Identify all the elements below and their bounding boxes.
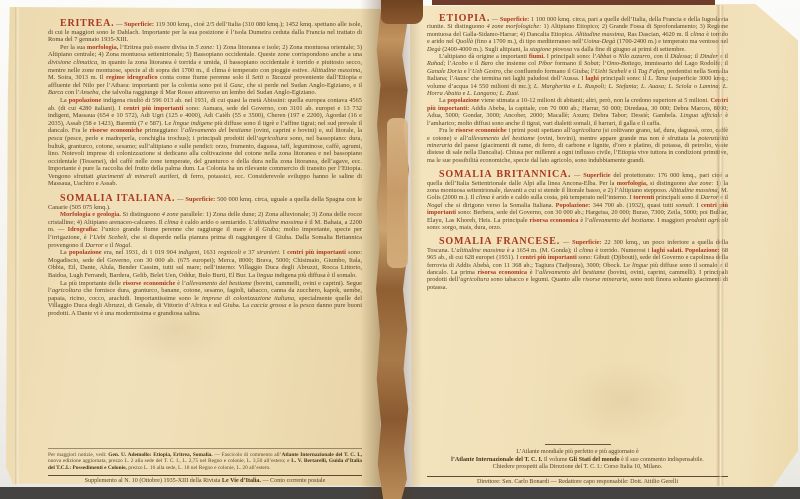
text-segment: sono: sorgo, mais, dura, orzo. [427,224,501,231]
text-segment: e l’ [462,68,472,75]
section-heading: SOMALIA FRANCESE. [439,236,560,247]
text-segment: morfologia, [617,180,648,187]
text-segment: è l’ [578,217,589,224]
text-segment: che si perde nel Sudan Anglo-Egiziano, e… [245,82,362,89]
text-segment: (ovini, bovini), mentre appare grande ma… [535,135,699,142]
cover-edge-strip [432,0,715,5]
text-segment: che confluendo formano il Giuba; l’ [503,68,595,75]
text-segment: Superficie: [185,196,215,203]
text-segment: allevamento del bestiame [539,269,605,276]
text-segment: prezzo L. 16 alla sede, L. 18 nel Regno … [127,465,271,471]
text-segment: Ueb Gestro, [472,68,503,75]
text-segment: L’altipiano dà origine a importanti [439,53,529,60]
right-page: ETIOPIA. — Superficie: 1 100 000 kmq. ci… [410,4,798,487]
text-segment: risorsa economica [478,269,528,276]
text-segment: Popolazione: [556,202,591,209]
text-segment: — [571,172,583,179]
text-segment: popolazione [447,97,479,104]
section-heading: SOMALIA ITALIANA. [60,193,175,204]
text-segment: agricoltura [460,276,489,283]
text-segment: — [175,196,185,203]
section-somalia-italiana: SOMALIA ITALIANA. — Superficie: 500 000 … [48,195,362,318]
text-segment: 4 zone morfologiche: [487,23,542,30]
text-segment: Morfologia e geologia. [60,211,121,218]
text-segment: è caldo arido o semiarido. L’ [179,219,255,226]
text-segment: Dinder [700,53,718,60]
paragraph: ETIOPIA. — Superficie: 1 100 000 kmq. ci… [427,15,728,53]
text-segment: Tacazzè [271,74,291,81]
text-segment: allevamento del bestiame [186,280,252,287]
text-segment: torrenti [633,194,654,201]
text-segment: e il [468,60,481,67]
text-segment: Baro [481,60,493,67]
text-segment: 344 700 ab. (1932), quasi tutti [590,202,675,209]
text-segment: l’Atlante Internazionale del T. C. I. [451,457,542,463]
text-segment: agricoltura [52,287,81,294]
text-segment: clima [164,219,178,226]
text-segment: Darror [85,242,103,249]
text-segment: laghi salati. [652,247,683,254]
text-segment: altitudine massima [457,247,505,254]
text-segment: e il [104,242,115,249]
text-segment: è l’ [527,269,539,276]
paragraph: SOMALIA ITALIANA. — Superficie: 500 000 … [48,195,362,211]
text-segment: somali. [676,202,694,209]
left-page-text-column: ERITREA. — Superficie: 119 300 kmq., cio… [48,20,362,484]
text-segment: l’Eritrea può essere divisa in [118,44,195,51]
section-somalia-francese: SOMALIA FRANCESE. — Superficie: 22 300 k… [427,238,728,291]
text-segment: 5 zone: [196,44,215,51]
text-segment: clima [690,31,704,38]
text-segment: allevamento del bestiame [185,127,251,134]
paragraph: L’altipiano dà origine a importanti fium… [427,53,728,97]
text-segment: e il [627,68,638,75]
text-segment: Gli Stati del mondo [569,457,620,463]
text-segment: Altitudine massima, [669,187,719,194]
text-segment: immissario del Lago Rodolfo; il [642,60,728,67]
text-segment: Tug Fafan, [638,68,666,75]
scanned-book-spread: ERITREA. — Superficie: 119 300 kmq., cio… [0,0,800,499]
text-segment: del paese (giacimenti di rame, di ferro,… [427,142,728,164]
text-segment: 1631 [201,249,218,256]
left-page-footnote: Per maggiori notizie, vedi: Gen. U. Adem… [48,448,362,471]
text-segment: risorse economiche [455,127,506,134]
atlas-promo-line: Chiedere prospetti alla Direzione del T.… [427,464,728,472]
text-segment: regnicoli [218,249,241,256]
text-segment: (pesce, perle e madreperla, conchiglia t… [63,135,259,142]
text-segment: Le Vie d’Italia. [222,478,261,484]
paragraph: Per la sua morfologia, l’Eritrea può ess… [48,44,362,97]
text-segment: L. Tana [648,75,668,82]
text-segment: Direttore: Sen. Carlo Bonardi — Redattor… [477,479,678,485]
text-segment: caccia grossa [251,302,286,309]
text-segment: Quollà [456,38,474,45]
text-segment: Ganale Doria [427,68,462,75]
text-segment: centri più importanti [520,254,577,261]
text-segment: Auasc [454,75,469,82]
text-segment: (1700-2400 m.) e temperato ma ventoso ne… [615,38,728,45]
text-segment: Omo-Bottego, [607,60,643,67]
text-segment: è torrido. Numerosi i [593,247,651,254]
atlas-promo-block: L’Atlante mondiale più perfetto e più ag… [427,444,728,472]
text-segment: Ras Dascian, 4620 m. Il [626,31,691,38]
text-segment: i primi posti spettano all’ [507,127,573,134]
text-segment: Acobo [452,60,468,67]
text-segment: sono tabacco e legumi. Quanto alle [489,276,583,283]
left-footer-rule [48,475,362,476]
text-segment: Nilo azzurro, [618,53,651,60]
section-eritrea: ERITREA. — Superficie: 119 300 kmq., cio… [48,20,362,188]
text-segment: Sobat; [584,60,600,67]
text-segment: stagione piovosa [530,46,573,53]
spine-tape-patch [387,118,408,268]
text-segment: Setit [252,74,263,81]
text-segment: L. Langano; L. Zuai. [467,90,520,97]
atlas-promo-line: l’Atlante Internazionale del T. C. I. Il… [427,457,728,465]
text-segment: laghi [586,75,599,82]
text-segment: primeggiano: l’ [142,127,185,134]
text-segment: centri più importanti [287,249,346,256]
text-segment: e il [718,53,728,60]
text-segment: Uebi Scebeli [595,68,627,75]
text-segment: popolazione [69,97,102,104]
text-segment: morfologia, [87,44,118,51]
atlas-promo-lines: L’Atlante mondiale più perfetto e più ag… [427,449,728,472]
text-segment: due zone: [689,180,714,187]
text-segment: agricoltura [572,127,601,134]
text-segment: Giuba; [262,226,280,233]
text-segment: Si distinguono [121,211,162,218]
text-segment: viene stimata a 10-12 milioni di abitant… [480,97,711,104]
text-segment: I principali sono: l’ [545,53,596,60]
text-segment: è arido e caldo sulla costa, più tempera… [490,194,633,201]
text-segment: Lingua ufficiale [680,112,722,119]
text-segment: risorse economiche [123,280,175,287]
text-segment: che insieme col [493,60,538,67]
paragraph: Morfologia e geologia. Si distinguono 4 … [48,211,362,249]
paragraph: SOMALIA FRANCESE. — Superficie: 22 300 k… [427,238,728,291]
text-segment: pesca [48,135,63,142]
text-segment: Altitudine massima, [311,67,362,74]
paragraph: SOMALIA BRITANNICA. — Superficie del pro… [427,171,728,231]
text-segment: indigeni, [178,249,201,256]
text-segment: Abbai [596,53,611,60]
text-segment: La [60,249,69,256]
text-segment: lingua [257,272,273,279]
paragraph: La popolazione indigena risultò di 596 0… [48,97,362,188]
text-segment: che si dirigono verso la Somalia Italian… [442,202,555,209]
section-heading: ERITREA. [60,18,114,29]
right-footer-rule [427,476,728,477]
text-segment: è a 1654 m. (M. Gonda); il [505,247,580,254]
text-segment: Popolazione: [685,247,720,254]
text-segment: Fra le [439,127,455,134]
text-segment: risorsa economica [530,217,579,224]
text-segment: Anseba, [80,89,100,96]
text-segment: Superficie: [500,16,529,23]
text-segment: è l’ [175,280,186,287]
text-segment: il [693,53,700,60]
right-page-footer: Direttore: Sen. Carlo Bonardi — Redattor… [427,479,728,485]
text-segment: che talvolta raggiunge il Mar Rosso attr… [100,89,316,96]
text-segment: con l’ [63,89,79,96]
text-segment: Gen. U. Ademollo: Etiopia, Eritrea, Soma… [108,452,212,458]
text-segment: Didessa; [670,53,692,60]
text-segment: pesca [300,302,315,309]
text-segment: altitudine massima [254,219,303,226]
text-segment: va dalla fine di giugno ai primi di sett… [572,46,686,53]
text-segment: indigena più diffusa è il somalo. [273,272,357,279]
left-page-footer: Supplemento al N. 10 (Ottobre) 1935-XIII… [48,478,362,484]
text-segment: l’unico grande fiume perenne che raggiun… [98,226,262,233]
text-segment: M. Soira, 3013 m. Il [48,74,106,81]
text-segment: L’Atlante mondiale più perfetto e più ag… [516,449,638,455]
text-segment: si distinguono [648,180,689,187]
text-segment: Superficie: [124,21,154,28]
text-segment: — [560,239,572,246]
text-segment: (2400-4000 m.). Sugli altipiani, la [441,46,530,53]
text-segment: e la [286,302,299,309]
text-segment: stranieri. [257,249,281,256]
promo-separator-rule [545,444,611,445]
text-segment: Degà [427,46,441,53]
text-segment: regime idrografico [106,74,158,81]
text-segment: giacimenti di minerali [97,173,157,180]
text-segment: conta come fiume perenne solo il [158,74,252,81]
text-segment: I maggiori [655,217,686,224]
section-heading: SOMALIA BRITANNICA. [439,169,571,180]
spine-tape-top-piece [381,0,423,24]
right-page-sections: ETIOPIA. — Superficie: 1 100 000 kmq. ci… [427,15,728,298]
text-segment: è il suo commento indispensabile. [620,457,704,463]
text-segment: Idrografia: [68,226,98,233]
left-page-sections: ERITREA. — Superficie: 119 300 kmq., cio… [48,20,362,325]
text-segment: Chiedere prospetti alla Direzione del T.… [493,464,663,470]
text-segment: Atlante Internazionale del T. C. I., [281,452,362,458]
text-segment: Superficie [583,172,610,179]
paragraph: Fra le risorse economiche i primi posti … [427,127,728,164]
text-segment: — [114,21,124,28]
text-segment: — Conto corrente postale [261,478,325,484]
text-segment: e [570,83,577,90]
text-segment: Rahad; [427,60,446,67]
text-segment: allevamento del bestiame [468,135,534,142]
text-segment: Gasc, [230,82,245,89]
text-segment: risorse economiche [90,127,143,134]
text-segment: Per la sua [60,44,87,51]
text-segment: e il [718,194,728,201]
section-heading: ETIOPIA. [439,13,490,24]
text-segment: L. Margherita [534,83,570,90]
text-segment: clima [476,194,490,201]
paragraph: La più importante delle risorse economic… [48,280,362,318]
text-segment: (ovini, caprini e bovini) e, sul litoral… [251,127,362,134]
text-segment: Nogal. [115,242,132,249]
paragraph: La popolazione viene stimata a 10-12 mil… [427,97,728,127]
text-segment: 4 zone [162,211,179,218]
text-segment: Barca [48,89,63,96]
text-segment: fiumi. [529,53,545,60]
paragraph: ERITREA. — Superficie: 119 300 kmq., cio… [48,20,362,44]
text-segment: Darror [700,194,718,201]
text-segment: Nogal [427,202,442,209]
section-somalia-britannica: SOMALIA BRITANNICA. — Superficie del pro… [427,171,728,231]
text-segment: nuova edizione aggiornata, prezzo L. 2 a… [48,458,291,464]
text-segment: prodotti agricoli [686,217,728,224]
text-segment: risorse minerarie, [583,276,629,283]
text-segment: era, nel 1931, di 1 019 904 [102,249,179,256]
text-segment: — Fascicolo di commento all’ [213,452,282,458]
text-segment: principali sono il [654,194,700,201]
text-segment: I [694,202,701,209]
paragraph: La popolazione era, nel 1931, di 1 019 9… [48,249,362,279]
text-segment: Il volume [542,457,569,463]
atlas-promo-line: L’Atlante mondiale più perfetto e più ag… [427,449,728,457]
text-segment: Supplemento al N. 10 (Ottobre) 1935-XIII… [85,478,222,484]
text-segment: (fino a 1700 m.), di tipo mediterraneo n… [473,38,584,45]
text-segment: che termina nei laghi paludosi dell’Auss… [469,75,586,82]
text-segment: L. Ruspoli; L. Stefania; L. Auasa; L. Sc… [578,83,692,90]
text-segment: e 37 [241,249,257,256]
text-segment: La più importante delle [60,280,123,287]
text-segment: lingue [632,262,648,269]
left-page: ERITREA. — Superficie: 119 300 kmq., cio… [6,7,380,486]
text-segment: Uoina-Degà [584,38,615,45]
text-segment: Altitudine massima, [575,31,625,38]
text-segment: Uebi Scebeli, [93,234,128,241]
text-segment: clima [579,247,593,254]
text-segment: imprese di colonizzazione italiana, [202,295,296,302]
text-segment: popolazione [69,249,102,256]
section-etiopia: ETIOPIA. — Superficie: 1 100 000 kmq. ci… [427,15,728,164]
text-segment: — [490,16,500,23]
right-page-text-column: ETIOPIA. — Superficie: 1 100 000 kmq. ci… [427,15,728,485]
text-segment: principali sono: il [599,75,648,82]
text-segment: centri più importanti [123,105,183,112]
text-segment: allevamento del bestiame. [589,217,655,224]
text-segment: formano il [553,60,585,67]
text-segment: agricoltura [258,135,287,142]
text-segment: con il [652,53,670,60]
text-segment: Per maggiori notizie, vedi: [48,452,108,458]
text-segment: Pibor [538,60,552,67]
text-segment: Superficie: [572,239,601,246]
text-segment: divisione climatica, [48,59,99,66]
text-segment: lingue indigene [173,120,213,127]
text-segment: La [60,97,69,104]
